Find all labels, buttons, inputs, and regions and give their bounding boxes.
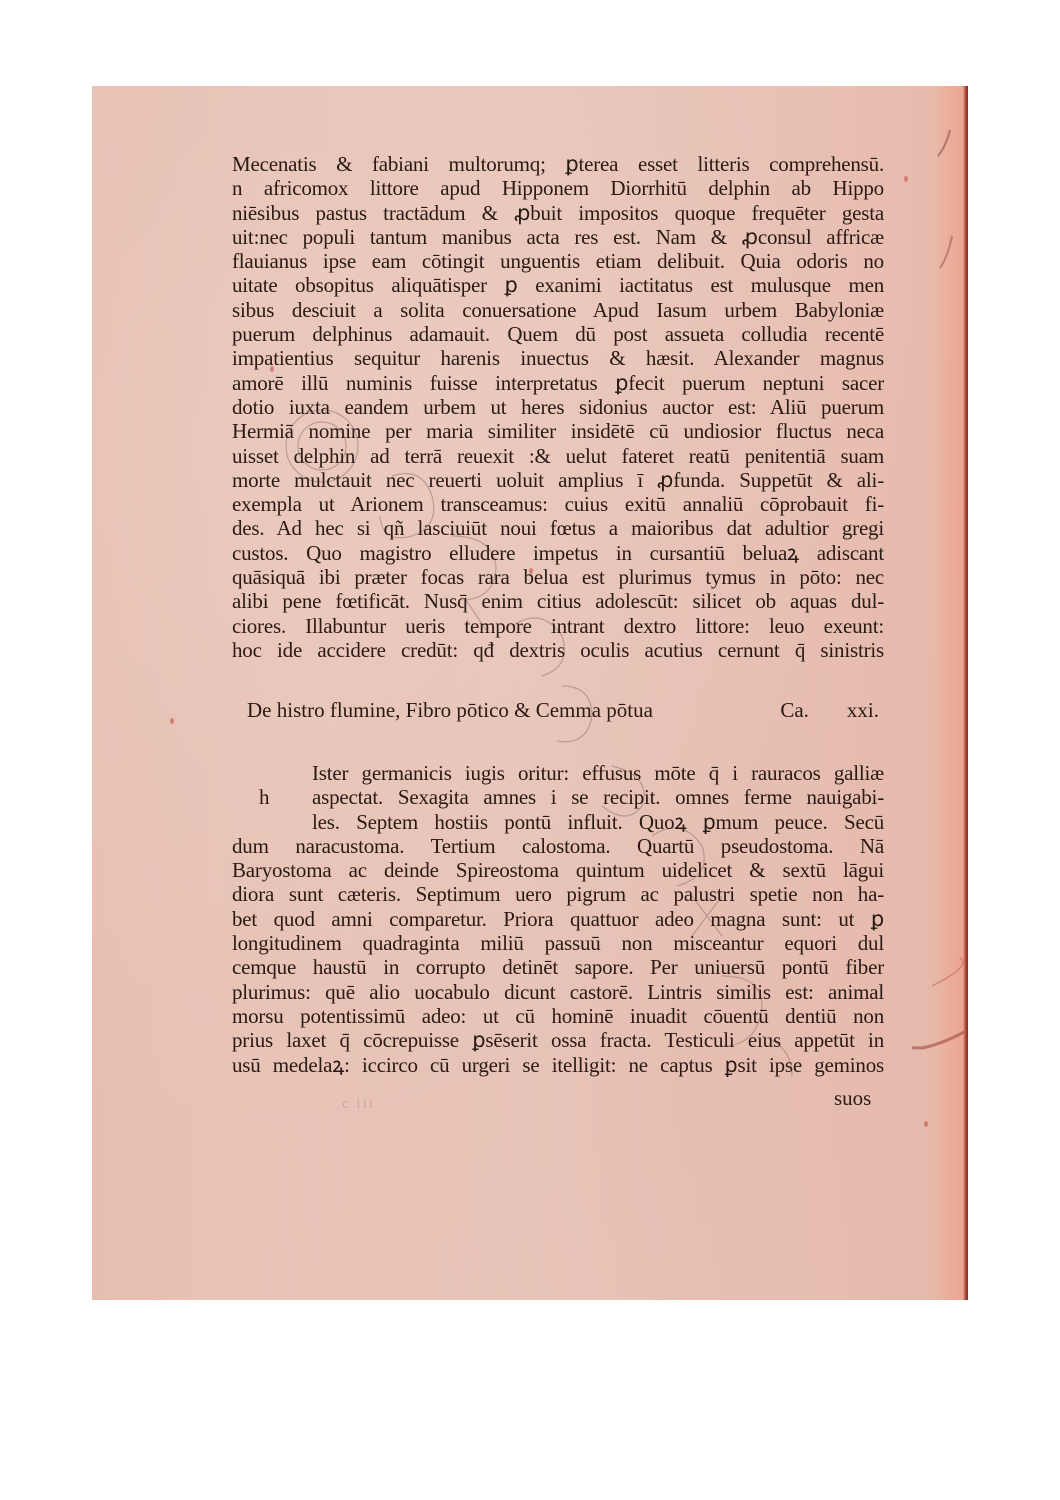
chapter-number-group: Ca. xxi.: [780, 697, 879, 723]
text-line: des. Ad hec si qñ lasciuiūt noui fœtus a…: [232, 516, 884, 540]
red-fore-edge: [934, 86, 968, 1300]
text-line: morsu potentissimū adeo: ut cū hominē in…: [232, 1004, 884, 1028]
text-line: Mecenatis & fabiani multorumq; ꝑterea es…: [232, 152, 884, 176]
text-line: uisset delphin ad terrā reuexit :& uelut…: [232, 444, 884, 468]
show-through-signature: c iii: [342, 1096, 375, 1113]
text-line: quāsiquā ibi præter focas rara belua est…: [232, 565, 884, 589]
text-line: Baryostoma ac deinde Spireostoma quintum…: [232, 858, 884, 882]
text-line: plurimus: quē alio uocabulo dicunt casto…: [232, 980, 884, 1004]
text-line: diora sunt cæteris. Septimum uero pigrum…: [232, 882, 884, 906]
red-ink-fleck: [924, 1121, 928, 1127]
chapter-heading: De histro flumine, Fibro pōtico & Cemma …: [247, 697, 879, 723]
text-line: flauianus ipse eam cōtingit unguentis et…: [232, 249, 884, 273]
text-line: niēsibus pastus tractādum & ꝓbuit imposi…: [232, 201, 884, 225]
text-line: uit:nec populi tantum manibus acta res e…: [232, 225, 884, 249]
text-line: custos. Quo magistro elludere impetus in…: [232, 541, 884, 565]
red-ink-fleck: [170, 718, 174, 724]
text-line: n africomox littore apud Hipponem Diorrh…: [232, 176, 884, 200]
text-line: morte mulctauit nec reuerti uoluit ampli…: [232, 468, 884, 492]
text-block-1: Mecenatis & fabiani multorumq; ꝑterea es…: [232, 152, 884, 662]
text-line: exempla ut Arionem transceamus: cuius ex…: [232, 492, 884, 516]
text-line: prius laxet q̄ cōcrepuisse ꝑsēserit ossa…: [232, 1028, 884, 1052]
book-page: Mecenatis & fabiani multorumq; ꝑterea es…: [92, 86, 968, 1300]
text-line: hoc ide accidere credūt: qđ dextris ocul…: [232, 638, 884, 662]
text-line: sibus desciuit a solita conuersatione Ap…: [232, 298, 884, 322]
text-line: uitate obsopitus aliquātisper ꝑ exanimi …: [232, 273, 884, 297]
text-line: dum naracustoma. Tertium calostoma. Quar…: [232, 834, 884, 858]
text-line: longitudinem quadraginta miliū passuū no…: [232, 931, 884, 955]
chapter-title: De histro flumine, Fibro pōtico & Cemma …: [247, 697, 653, 723]
text-line: alibi pene fœtificāt. Nusq̄ enim citius …: [232, 589, 884, 613]
text-line: aspectat. Sexagita amnes i se recipit. o…: [232, 785, 884, 809]
text-line: Ister germanicis iugis oritur: effusus m…: [232, 761, 884, 785]
text-line: impatientius sequitur harenis inuectus &…: [232, 346, 884, 370]
text-line: ciores. Illabuntur ueris tempore intrant…: [232, 614, 884, 638]
text-line: Hermiā nomine per maria similiter insidē…: [232, 419, 884, 443]
catchword: suos: [834, 1086, 871, 1110]
text-line: amorē illū numinis fuisse interpretatus …: [232, 371, 884, 395]
chapter-label: Ca.: [780, 697, 809, 723]
text-line: dotio iuxta eandem urbem ut heres sidoni…: [232, 395, 884, 419]
red-ink-fleck: [904, 176, 908, 182]
chapter-number: xxi.: [847, 697, 879, 723]
text-line: les. Septem hostiis pontū influit. Quoꝝ …: [232, 810, 884, 834]
text-line: bet quod amni comparetur. Priora quattuo…: [232, 907, 884, 931]
text-block-2: Ister germanicis iugis oritur: effusus m…: [232, 761, 884, 1077]
text-line: cemque haustū in corrupto detinēt sapore…: [232, 955, 884, 979]
text-line: usū medelaꝝ: iccirco cū urgeri se itelli…: [232, 1053, 884, 1077]
text-line: puerum delphinus adamauit. Quem dū post …: [232, 322, 884, 346]
